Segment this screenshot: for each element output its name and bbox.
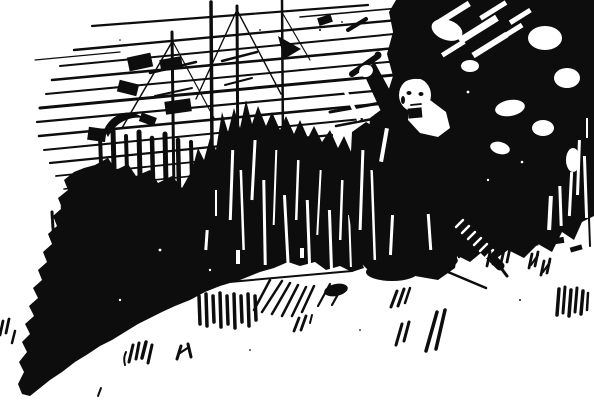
- illustration: [0, 0, 594, 406]
- left-foot: [366, 263, 418, 281]
- neck: [408, 107, 423, 118]
- face: [399, 78, 431, 112]
- illustration-page: [0, 0, 594, 406]
